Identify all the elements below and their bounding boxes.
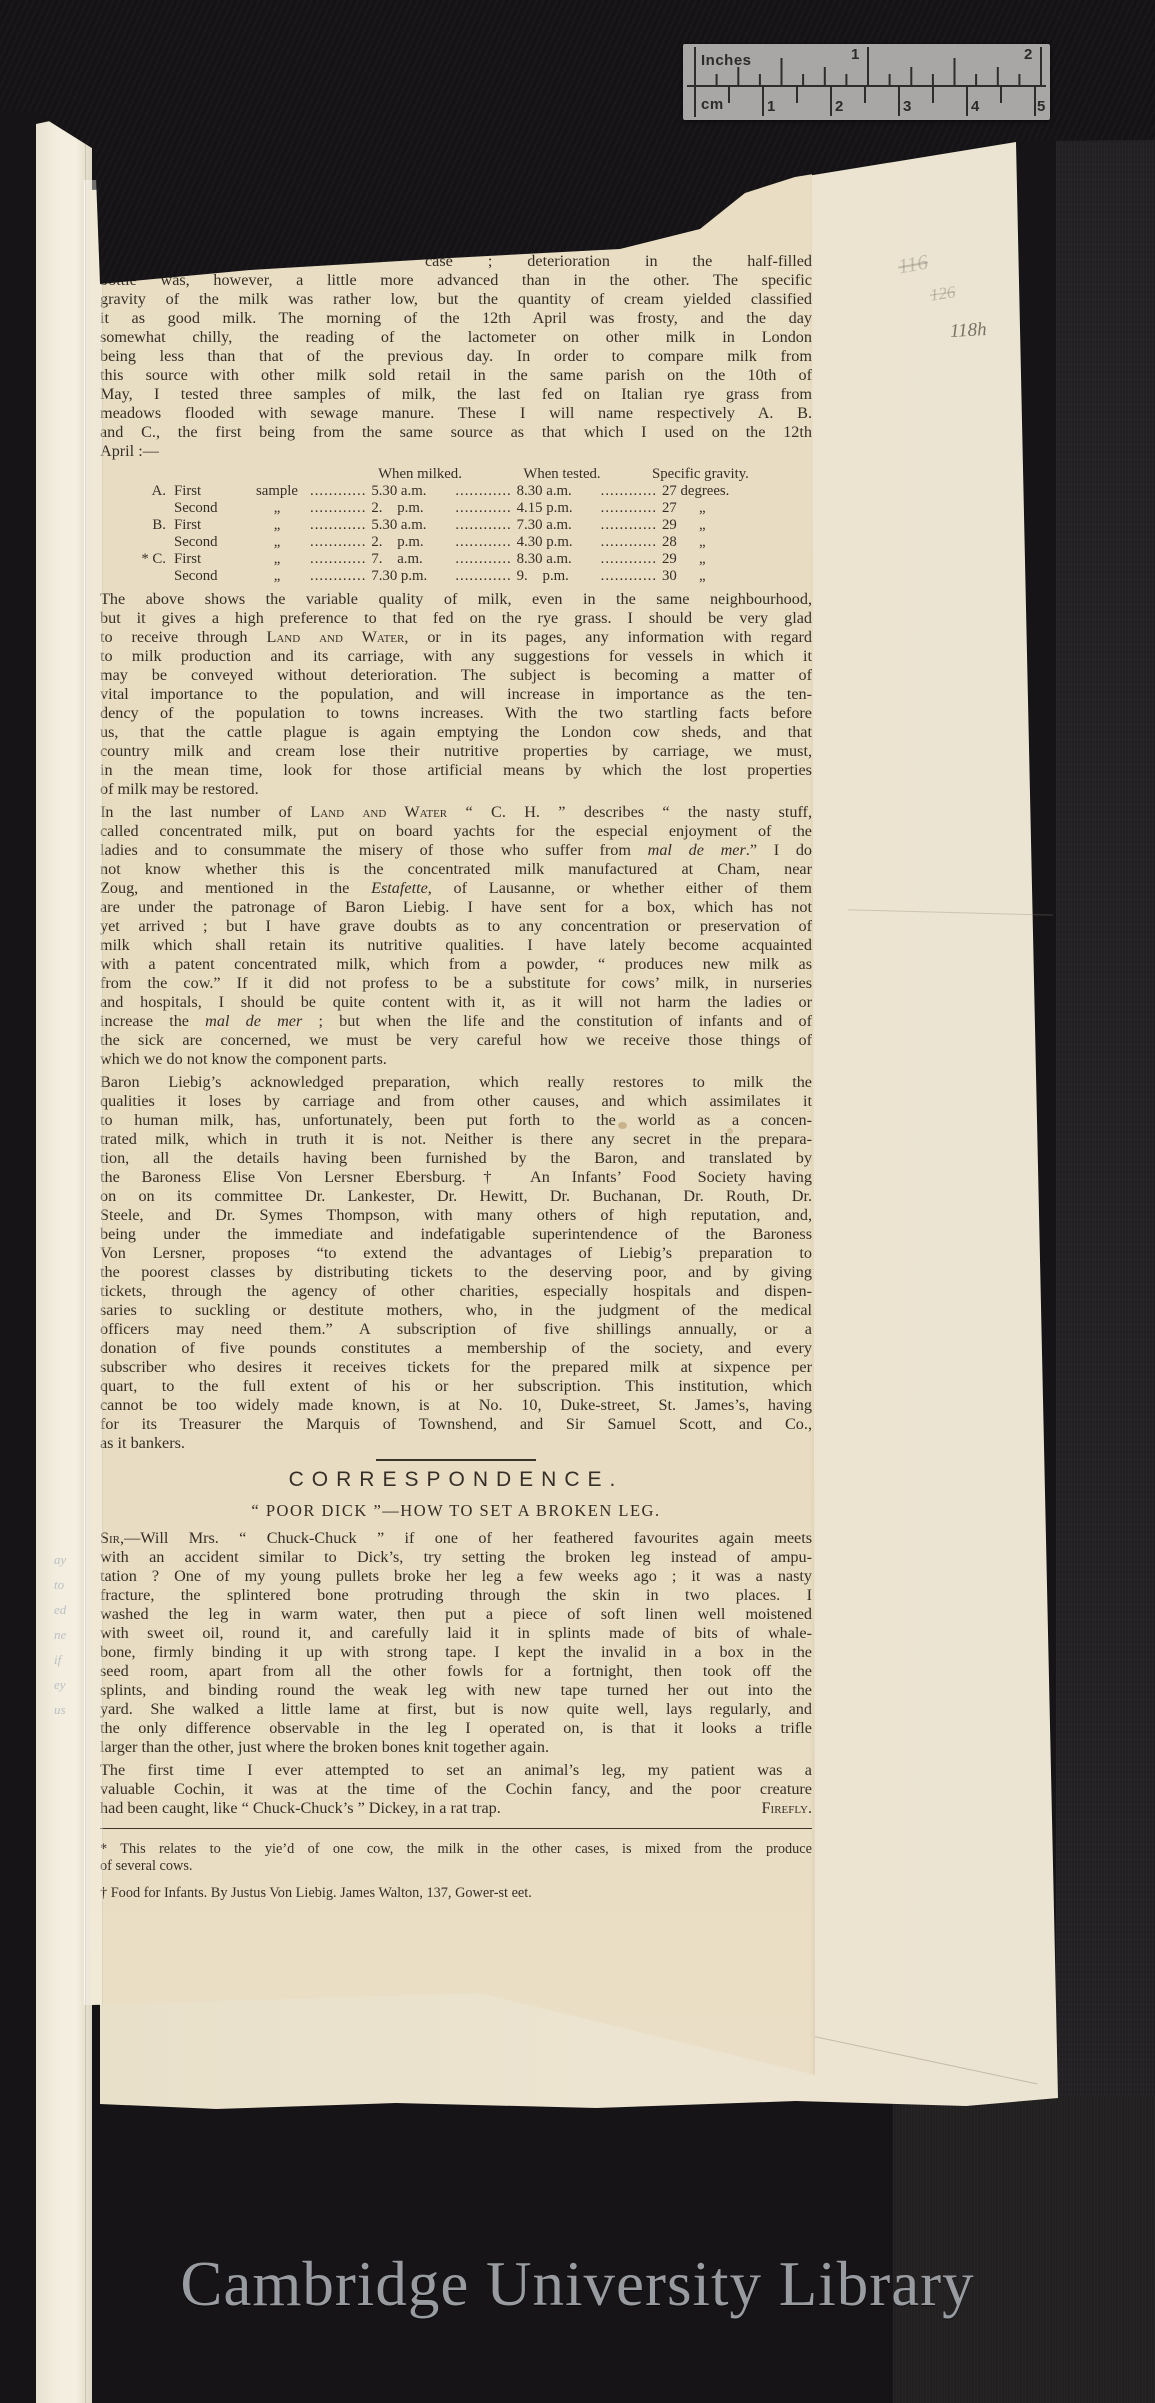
text-line: the Baroness Elise Von Lersner Ebersburg… — [100, 1168, 812, 1187]
pencil-number-crossed-out: 126 — [929, 282, 957, 305]
text-line: qualities it loses by carriage and from … — [100, 1092, 812, 1111]
text-line: cannot be too widely made known, is at N… — [100, 1396, 812, 1415]
ghost-letter: ne — [54, 1627, 66, 1643]
text-line: Von Lersner, proposes “to extend the adv… — [100, 1244, 812, 1263]
footnote-line: of several cows. — [100, 1858, 812, 1875]
pencil-number-crossed-out: 116 — [896, 250, 930, 280]
dot-leader: ............ — [310, 483, 371, 500]
paragraph-letter-body: Sir,—Will Mrs. “ Chuck-Chuck ” if one of… — [100, 1529, 812, 1757]
text-line: with a patent concentrated milk, which f… — [100, 955, 812, 974]
ruler-cm-1: 1 — [767, 98, 775, 115]
ruler-cm-5: 5 — [1037, 98, 1045, 115]
dot-leader: ............ — [310, 517, 371, 534]
paragraph-variable-quality: The above shows the variable quality of … — [100, 590, 812, 799]
letter-heading: “ POOR DICK ”—HOW TO SET A BROKEN LEG. — [100, 1501, 812, 1521]
pencil-folio-number: 118h — [949, 319, 987, 343]
text-line: as it bankers. — [100, 1434, 812, 1453]
text-line: increase the mal de mer ; but when the l… — [100, 1012, 812, 1031]
text-line: bone, firmly binding it up with strong t… — [100, 1643, 812, 1662]
printed-text-column: case ; deterioration in the half-filled … — [100, 252, 812, 1902]
dot-leader: ............ — [601, 551, 662, 568]
text-line: and hospitals, I should be quite content… — [100, 993, 812, 1012]
text-line: this source with other milk sold retail … — [100, 366, 812, 385]
text-line: had been caught, like “ Chuck-Chuck’s ” … — [100, 1799, 812, 1818]
footnote-rule — [100, 1828, 812, 1829]
text-line: the only difference observable in the le… — [100, 1719, 812, 1738]
text-line: to human milk, has, unfortunately, been … — [100, 1111, 812, 1130]
text-line: ladies and to consummate the misery of t… — [100, 841, 812, 860]
text-line: of milk may be restored. — [100, 780, 812, 799]
text-line: quart, to the full extent of his or her … — [100, 1377, 812, 1396]
text-line: us, that the cattle plague is again empt… — [100, 723, 812, 742]
table-row: Second „ ............ 2. p.m. ..........… — [100, 500, 812, 517]
text-line: to receive through Land and Water, or in… — [100, 628, 812, 647]
text-line: tation ? One of my young pullets broke h… — [100, 1567, 812, 1586]
ruler-inches-label: Inches — [701, 52, 752, 69]
photographed-album-page: ect no aytoedneifeyus case ; deteriorati… — [0, 0, 1155, 2403]
text-line: gravity of the milk was rather low, but … — [100, 290, 812, 309]
dot-leader: ............ — [310, 500, 371, 517]
table-row: Second „ ............ 7.30 p.m. ........… — [100, 568, 812, 585]
text-line: with an accident similar to Dick’s, try … — [100, 1548, 812, 1567]
paragraph-letter-closing: The first time I ever attempted to set a… — [100, 1761, 812, 1818]
text-line: milk which shall retain its nutritive qu… — [100, 936, 812, 955]
text-line: the sick are concerned, we must be very … — [100, 1031, 812, 1050]
dot-leader: ............ — [601, 568, 662, 585]
text-line: The above shows the variable quality of … — [100, 590, 812, 609]
paragraph-milk-samples: case ; deterioration in the half-filled … — [100, 252, 812, 461]
dot-leader: ............ — [310, 551, 371, 568]
text-line: splints, and binding round the weak leg … — [100, 1681, 812, 1700]
text-line: yet arrived ; but I have grave doubts as… — [100, 917, 812, 936]
ghost-letter: us — [54, 1702, 66, 1718]
ruler-inch-1: 1 — [851, 46, 859, 63]
ghost-letter: ey — [54, 1677, 66, 1693]
bleed-through-letters: aytoedneifeyus — [54, 1552, 66, 1718]
footnote-line: † Food for Infants. By Justus Von Liebig… — [100, 1885, 812, 1902]
dot-leader: ............ — [601, 517, 662, 534]
text-line: tion, all the details having been furnis… — [100, 1149, 812, 1168]
paragraph-concentrated-milk: In the last number of Land and Water “ C… — [100, 803, 812, 1069]
column-header-when-milked: When milked. — [340, 466, 500, 483]
text-line: subscriber who desires it receives ticke… — [100, 1358, 812, 1377]
ghost-letter: to — [54, 1577, 66, 1593]
footnote-asterisk: * This relates to the yie’d of one cow, … — [100, 1841, 812, 1875]
text-line: not know whether this is the concentrate… — [100, 860, 812, 879]
table-header-row: When milked. When tested. Specific gravi… — [100, 466, 812, 483]
dot-leader: ............ — [455, 568, 516, 585]
text-line: seed room, apart from all the other fowl… — [100, 1662, 812, 1681]
text-line: fracture, the splintered bone protruding… — [100, 1586, 812, 1605]
text-line: country milk and cream lose their nutrit… — [100, 742, 812, 761]
text-line: Steele, and Dr. Symes Thompson, with man… — [100, 1206, 812, 1225]
footnote-line: * This relates to the yie’d of one cow, … — [100, 1841, 812, 1858]
ruler-cm-2: 2 — [835, 98, 843, 115]
text-line: Sir,—Will Mrs. “ Chuck-Chuck ” if one of… — [100, 1529, 812, 1548]
text-line: and C., the first being from the same so… — [100, 423, 812, 442]
text-line: May, I tested three samples of milk, the… — [100, 385, 812, 404]
dot-leader: ............ — [455, 517, 516, 534]
text-line: vital importance to the population, and … — [100, 685, 812, 704]
dot-leader: ............ — [455, 483, 516, 500]
signature: Firefly. — [762, 1799, 812, 1818]
dot-leader: ............ — [310, 534, 371, 551]
correspondence-heading: CORRESPONDENCE. — [100, 1469, 812, 1491]
text-line: somewhat chilly, the reading of the lact… — [100, 328, 812, 347]
ruler-inch-2: 2 — [1024, 46, 1032, 63]
ruler-cm-4: 4 — [971, 98, 979, 115]
table-row: B. First „ ............ 5.30 a.m. ......… — [100, 517, 812, 534]
text-line: called concentrated milk, put on board y… — [100, 822, 812, 841]
text-line: on on its committee Dr. Lankester, Dr. H… — [100, 1187, 812, 1206]
dot-leader: ............ — [455, 551, 516, 568]
text-line: larger than the other, just where the br… — [100, 1738, 812, 1757]
measurement-ruler: Inches cm 1 2 1 2 3 4 5 — [683, 44, 1050, 120]
footnote-dagger: † Food for Infants. By Justus Von Liebig… — [100, 1885, 812, 1902]
milk-sample-table: When milked. When tested. Specific gravi… — [100, 466, 812, 585]
ruler-cm-3: 3 — [903, 98, 911, 115]
text-line: it as good milk. The morning of the 12th… — [100, 309, 812, 328]
text-line: in the mean time, look for those artific… — [100, 761, 812, 780]
text-line: may be conveyed without deterioration. T… — [100, 666, 812, 685]
text-line: tickets, through the agency of other cha… — [100, 1282, 812, 1301]
text-line: being less than that of the previous day… — [100, 347, 812, 366]
dot-leader: ............ — [455, 534, 516, 551]
dot-leader: ............ — [455, 500, 516, 517]
text-line: washed the leg in warm water, then put a… — [100, 1605, 812, 1624]
cloth-backing-right — [1056, 0, 1155, 2403]
text-line: but it gives a high preference to that f… — [100, 609, 812, 628]
text-line: with sweet oil, round it, and carefully … — [100, 1624, 812, 1643]
ghost-letter: ay — [54, 1552, 66, 1568]
text-line: which we do not know the component parts… — [100, 1050, 812, 1069]
text-line: Baron Liebig’s acknowledged preparation,… — [100, 1073, 812, 1092]
text-line: The first time I ever attempted to set a… — [100, 1761, 812, 1780]
text-line: valuable Cochin, it was at the time of t… — [100, 1780, 812, 1799]
dot-leader: ............ — [310, 568, 371, 585]
text-line: April :— — [100, 442, 812, 461]
column-header-specific-gravity: Specific gravity. — [652, 466, 749, 483]
text-line: dency of the population to towns increas… — [100, 704, 812, 723]
dot-leader: ............ — [601, 534, 662, 551]
text-line: Zoug, and mentioned in the Estafette, of… — [100, 879, 812, 898]
table-row: Second „ ............ 2. p.m. ..........… — [100, 534, 812, 551]
text-line: In the last number of Land and Water “ C… — [100, 803, 812, 822]
ghost-letter: if — [54, 1652, 66, 1668]
mounting-guard-strip — [84, 180, 103, 2005]
ruler-cm-label: cm — [701, 96, 724, 113]
text-line: from the cow.” If it did not profess to … — [100, 974, 812, 993]
text-line: saries to suckling or destitute mothers,… — [100, 1301, 812, 1320]
library-watermark: Cambridge University Library — [0, 2248, 1155, 2321]
text-line: trated milk, which in truth it is not. N… — [100, 1130, 812, 1149]
text-line: donation of five pounds constitutes a me… — [100, 1339, 812, 1358]
table-row: A. First sample ............ 5.30 a.m. .… — [100, 483, 812, 500]
text-line: meadows flooded with sewage manure. Thes… — [100, 404, 812, 423]
section-divider-rule — [376, 1459, 536, 1461]
text-line: to milk production and its carriage, wit… — [100, 647, 812, 666]
text-line: yard. She walked a little lame at first,… — [100, 1700, 812, 1719]
text-line: the poorest classes by distributing tick… — [100, 1263, 812, 1282]
ghost-letter: ed — [54, 1602, 66, 1618]
paragraph-liebig-preparation: Baron Liebig’s acknowledged preparation,… — [100, 1073, 812, 1453]
text-line: are under the patronage of Baron Liebig.… — [100, 898, 812, 917]
column-header-when-tested: When tested. — [496, 466, 628, 483]
text-line: being under the immediate and indefatiga… — [100, 1225, 812, 1244]
dot-leader: ............ — [601, 483, 662, 500]
text-line: for its Treasurer the Marquis of Townshe… — [100, 1415, 812, 1434]
text-line: officers may need them.” A subscription … — [100, 1320, 812, 1339]
table-row: * C. First „ ............ 7. a.m. ......… — [100, 551, 812, 568]
dot-leader: ............ — [601, 500, 662, 517]
